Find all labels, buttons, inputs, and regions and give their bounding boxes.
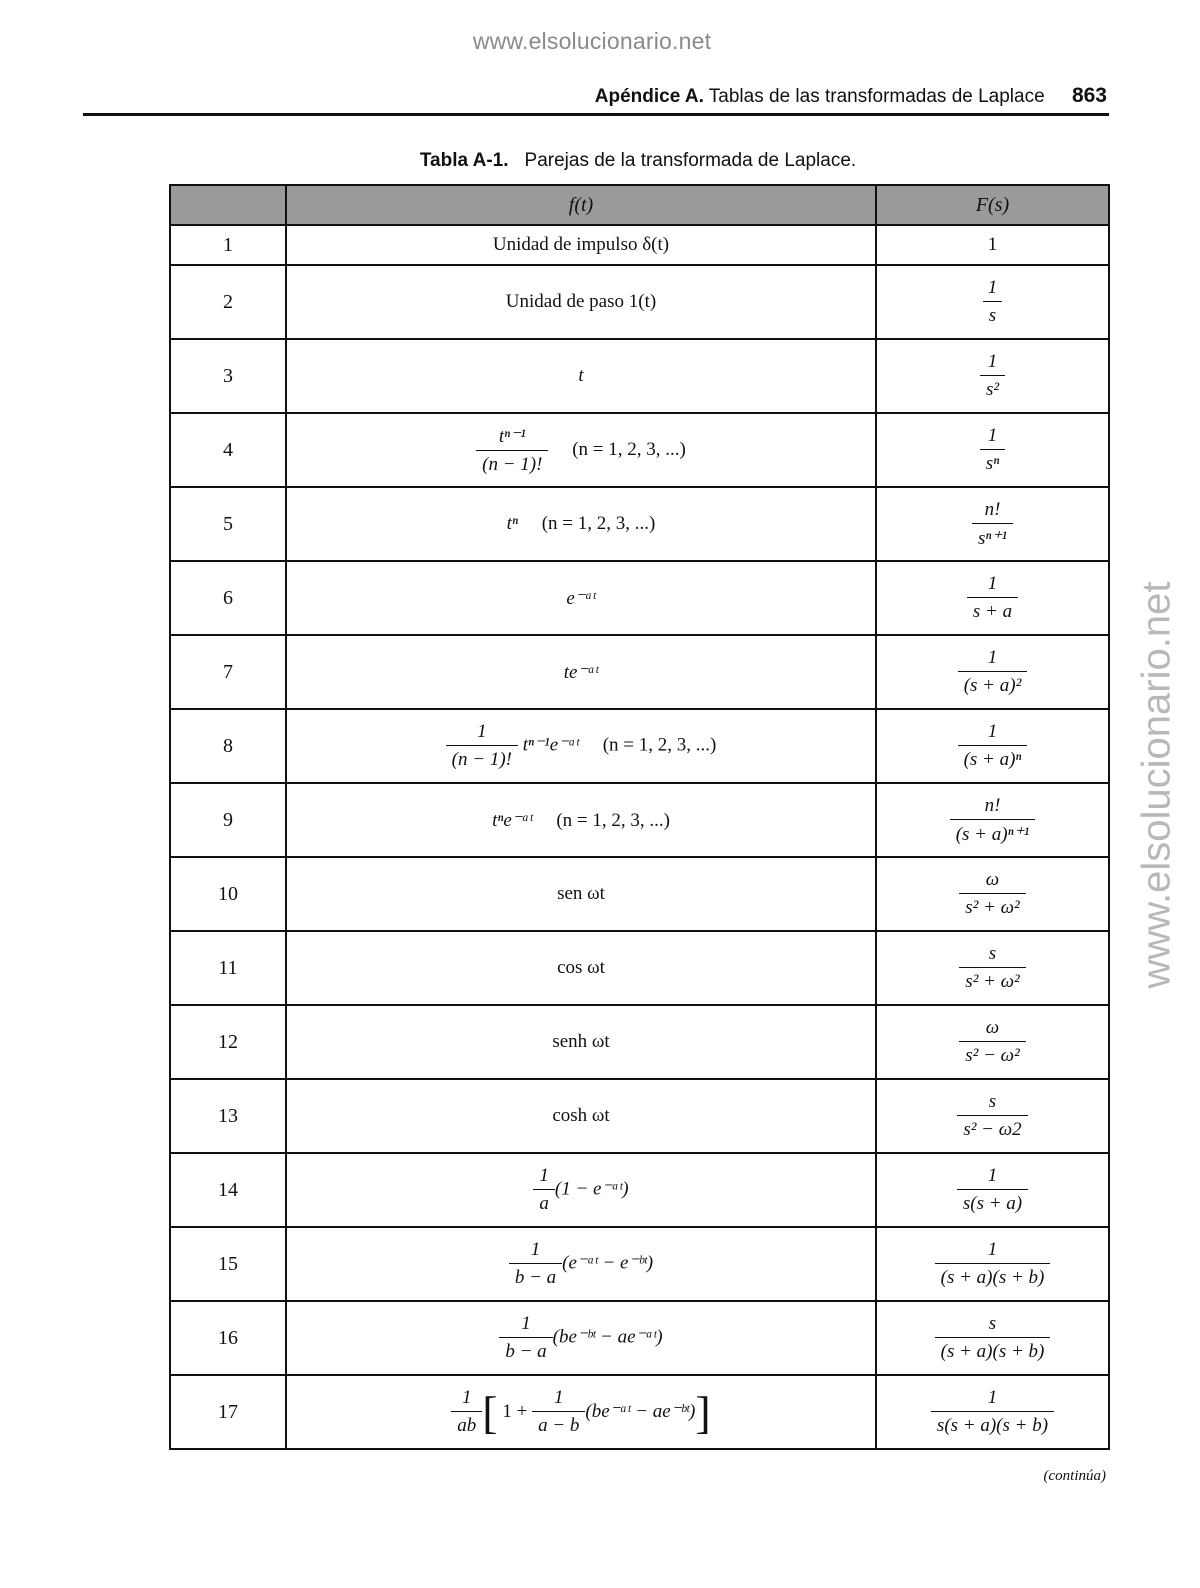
ft-condition: (n = 1, 2, 3, ...) (556, 810, 670, 831)
ft-cell: Unidad de paso 1(t) (286, 265, 876, 339)
Fs-cell: 1s² (876, 339, 1109, 413)
page-number: 863 (1072, 84, 1107, 107)
table-row: 6 e⁻ᵃᵗ 1s + a (170, 561, 1109, 635)
caption-label: Tabla A-1. (420, 150, 509, 171)
ft-bracket-prefix: 1 + (502, 1400, 527, 1421)
Fs-cell: n!(s + a)ⁿ⁺¹ (876, 783, 1109, 857)
Fs-denominator: s² + ω² (959, 893, 1026, 919)
ft-expression: tⁿe⁻ᵃᵗ (492, 810, 533, 831)
ft-expression: (be⁻ᵃᵗ − ae⁻ᵇᵗ) (585, 1400, 695, 1421)
Fs-denominator: (s + a)(s + b) (935, 1337, 1051, 1363)
header-rule (83, 113, 1109, 116)
row-number: 15 (170, 1227, 286, 1301)
Fs-cell: n!sⁿ⁺¹ (876, 487, 1109, 561)
ft-numerator: 1 (515, 1313, 537, 1337)
row-number: 3 (170, 339, 286, 413)
row-number: 17 (170, 1375, 286, 1449)
row-number: 5 (170, 487, 286, 561)
Fs-cell: 1s (876, 265, 1109, 339)
ft-denominator: ab (451, 1411, 482, 1437)
table-caption: Tabla A-1.Parejas de la transformada de … (0, 150, 1200, 172)
row-number: 7 (170, 635, 286, 709)
table-row: 2 Unidad de paso 1(t) 1s (170, 265, 1109, 339)
row-number: 14 (170, 1153, 286, 1227)
Fs-cell: 1s + a (876, 561, 1109, 635)
Fs-denominator: s² + ω² (959, 967, 1026, 993)
ft-cell: e⁻ᵃᵗ (286, 561, 876, 635)
appendix-label: Apéndice A. (595, 86, 704, 107)
ft-cell: cos ωt (286, 931, 876, 1005)
row-number: 11 (170, 931, 286, 1005)
row-number: 2 (170, 265, 286, 339)
Fs-numerator: 1 (982, 277, 1004, 301)
table-row: 16 1b − a(be⁻ᵇᵗ − ae⁻ᵃᵗ) s(s + a)(s + b) (170, 1301, 1109, 1375)
table-row: 8 1(n − 1)! tⁿ⁻¹e⁻ᵃᵗ (n = 1, 2, 3, ...) … (170, 709, 1109, 783)
Fs-denominator: (s + a)ⁿ (958, 745, 1028, 771)
ft-cell: 1a(1 − e⁻ᵃᵗ) (286, 1153, 876, 1227)
Fs-cell: 1s(s + a)(s + b) (876, 1375, 1109, 1449)
ft-denominator: (n − 1)! (476, 450, 548, 476)
table-row: 13 cosh ωt ss² − ω2 (170, 1079, 1109, 1153)
table-row: 15 1b − a(e⁻ᵃᵗ − e⁻ᵇᵗ) 1(s + a)(s + b) (170, 1227, 1109, 1301)
ft-numerator: 1 (456, 1387, 478, 1411)
Fs-denominator: s (983, 301, 1002, 327)
table-header-row: f(t) F(s) (170, 185, 1109, 225)
table-row: 10 sen ωt ωs² + ω² (170, 857, 1109, 931)
watermark-top: www.elsolucionario.net (0, 28, 1184, 55)
ft-denominator: a (533, 1189, 555, 1215)
ft-cell: 1b − a(e⁻ᵃᵗ − e⁻ᵇᵗ) (286, 1227, 876, 1301)
Fs-numerator: n! (979, 499, 1007, 523)
Fs-numerator: ω (980, 869, 1005, 893)
continued-note: (continúa) (1044, 1468, 1106, 1485)
ft-cell: te⁻ᵃᵗ (286, 635, 876, 709)
ft-inner-numerator: 1 (548, 1387, 570, 1411)
ft-cell: Unidad de impulso δ(t) (286, 225, 876, 265)
row-number: 8 (170, 709, 286, 783)
right-bracket: ] (695, 1387, 710, 1438)
header-Fs: F(s) (876, 185, 1109, 225)
Fs-numerator: 1 (982, 1165, 1004, 1189)
Fs-denominator: (s + a)² (958, 671, 1028, 697)
appendix-title: Tablas de las transformadas de Laplace (709, 86, 1045, 107)
Fs-cell: 1(s + a)(s + b) (876, 1227, 1109, 1301)
Fs-cell: 1s(s + a) (876, 1153, 1109, 1227)
ft-cell: 1(n − 1)! tⁿ⁻¹e⁻ᵃᵗ (n = 1, 2, 3, ...) (286, 709, 876, 783)
watermark-side: www.elsolucionario.net (1135, 582, 1180, 989)
Fs-denominator: s² (980, 375, 1005, 401)
row-number: 6 (170, 561, 286, 635)
ft-expression: tⁿ (507, 513, 518, 534)
ft-numerator: tⁿ⁻¹ (493, 425, 532, 450)
Fs-denominator: s² − ω² (959, 1041, 1026, 1067)
Fs-numerator: n! (979, 795, 1007, 819)
ft-expression: tⁿ⁻¹e⁻ᵃᵗ (523, 734, 579, 755)
ft-cell: senh ωt (286, 1005, 876, 1079)
Fs-numerator: 1 (982, 1387, 1004, 1411)
Fs-cell: 1(s + a)² (876, 635, 1109, 709)
Fs-cell: ωs² − ω² (876, 1005, 1109, 1079)
ft-denominator: b − a (499, 1337, 552, 1363)
ft-denominator: b − a (509, 1263, 562, 1289)
ft-cell: tⁿe⁻ᵃᵗ (n = 1, 2, 3, ...) (286, 783, 876, 857)
table-row: 12 senh ωt ωs² − ω² (170, 1005, 1109, 1079)
Fs-numerator: 1 (982, 351, 1004, 375)
Fs-cell: ss² + ω² (876, 931, 1109, 1005)
row-number: 9 (170, 783, 286, 857)
Fs-cell: 1(s + a)ⁿ (876, 709, 1109, 783)
table-row: 17 1ab[ 1 + 1a − b(be⁻ᵃᵗ − ae⁻ᵇᵗ)] 1s(s … (170, 1375, 1109, 1449)
Fs-cell: s(s + a)(s + b) (876, 1301, 1109, 1375)
ft-cell: 1ab[ 1 + 1a − b(be⁻ᵃᵗ − ae⁻ᵇᵗ)] (286, 1375, 876, 1449)
left-bracket: [ (482, 1387, 497, 1438)
ft-cell: tⁿ (n = 1, 2, 3, ...) (286, 487, 876, 561)
table-row: 14 1a(1 − e⁻ᵃᵗ) 1s(s + a) (170, 1153, 1109, 1227)
row-number: 1 (170, 225, 286, 265)
header-num (170, 185, 286, 225)
row-number: 13 (170, 1079, 286, 1153)
Fs-denominator: (s + a)(s + b) (935, 1263, 1051, 1289)
Fs-denominator: s² − ω2 (957, 1115, 1027, 1141)
Fs-denominator: sⁿ (980, 449, 1005, 475)
header-ft: f(t) (286, 185, 876, 225)
Fs-numerator: 1 (982, 1239, 1004, 1263)
caption-text: Parejas de la transformada de Laplace. (525, 150, 857, 171)
table-row: 3 t 1s² (170, 339, 1109, 413)
table-row: 7 te⁻ᵃᵗ 1(s + a)² (170, 635, 1109, 709)
ft-expression: (1 − e⁻ᵃᵗ) (555, 1178, 629, 1199)
Fs-cell: 1sⁿ (876, 413, 1109, 487)
Fs-cell: 1 (876, 225, 1109, 265)
ft-numerator: 1 (471, 721, 493, 745)
ft-cell: t (286, 339, 876, 413)
Fs-numerator: 1 (982, 425, 1004, 449)
ft-inner-denominator: a − b (532, 1411, 585, 1437)
table-row: 1 Unidad de impulso δ(t) 1 (170, 225, 1109, 265)
row-number: 16 (170, 1301, 286, 1375)
Fs-cell: ωs² + ω² (876, 857, 1109, 931)
Fs-numerator: s (983, 943, 1002, 967)
ft-expression: (e⁻ᵃᵗ − e⁻ᵇᵗ) (562, 1252, 653, 1273)
ft-denominator: (n − 1)! (446, 745, 518, 771)
row-number: 10 (170, 857, 286, 931)
laplace-table: f(t) F(s) 1 Unidad de impulso δ(t) 1 2 U… (169, 184, 1110, 1450)
table-row: 9 tⁿe⁻ᵃᵗ (n = 1, 2, 3, ...) n!(s + a)ⁿ⁺¹ (170, 783, 1109, 857)
ft-numerator: 1 (533, 1165, 555, 1189)
ft-numerator: 1 (525, 1239, 547, 1263)
ft-cell: tⁿ⁻¹(n − 1)! (n = 1, 2, 3, ...) (286, 413, 876, 487)
ft-condition: (n = 1, 2, 3, ...) (572, 438, 686, 459)
ft-expression: (be⁻ᵇᵗ − ae⁻ᵃᵗ) (553, 1326, 663, 1347)
ft-cell: cosh ωt (286, 1079, 876, 1153)
table-row: 11 cos ωt ss² + ω² (170, 931, 1109, 1005)
Fs-denominator: s(s + a)(s + b) (931, 1411, 1054, 1437)
ft-cell: 1b − a(be⁻ᵇᵗ − ae⁻ᵃᵗ) (286, 1301, 876, 1375)
table-row: 4 tⁿ⁻¹(n − 1)! (n = 1, 2, 3, ...) 1sⁿ (170, 413, 1109, 487)
Fs-denominator: (s + a)ⁿ⁺¹ (950, 819, 1036, 846)
running-head: Apéndice A. Tablas de las transformadas … (595, 84, 1107, 108)
Fs-denominator: s(s + a) (957, 1189, 1028, 1215)
ft-cell: sen ωt (286, 857, 876, 931)
row-number: 4 (170, 413, 286, 487)
ft-condition: (n = 1, 2, 3, ...) (603, 734, 717, 755)
ft-condition: (n = 1, 2, 3, ...) (542, 513, 656, 534)
Fs-denominator: s + a (967, 597, 1018, 623)
Fs-numerator: 1 (982, 573, 1004, 597)
Fs-numerator: 1 (982, 647, 1004, 671)
Fs-numerator: s (983, 1313, 1002, 1337)
row-number: 12 (170, 1005, 286, 1079)
Fs-numerator: s (983, 1091, 1002, 1115)
Fs-numerator: 1 (982, 721, 1004, 745)
Fs-numerator: ω (980, 1017, 1005, 1041)
Fs-denominator: sⁿ⁺¹ (972, 523, 1013, 550)
Fs-cell: ss² − ω2 (876, 1079, 1109, 1153)
table-row: 5 tⁿ (n = 1, 2, 3, ...) n!sⁿ⁺¹ (170, 487, 1109, 561)
